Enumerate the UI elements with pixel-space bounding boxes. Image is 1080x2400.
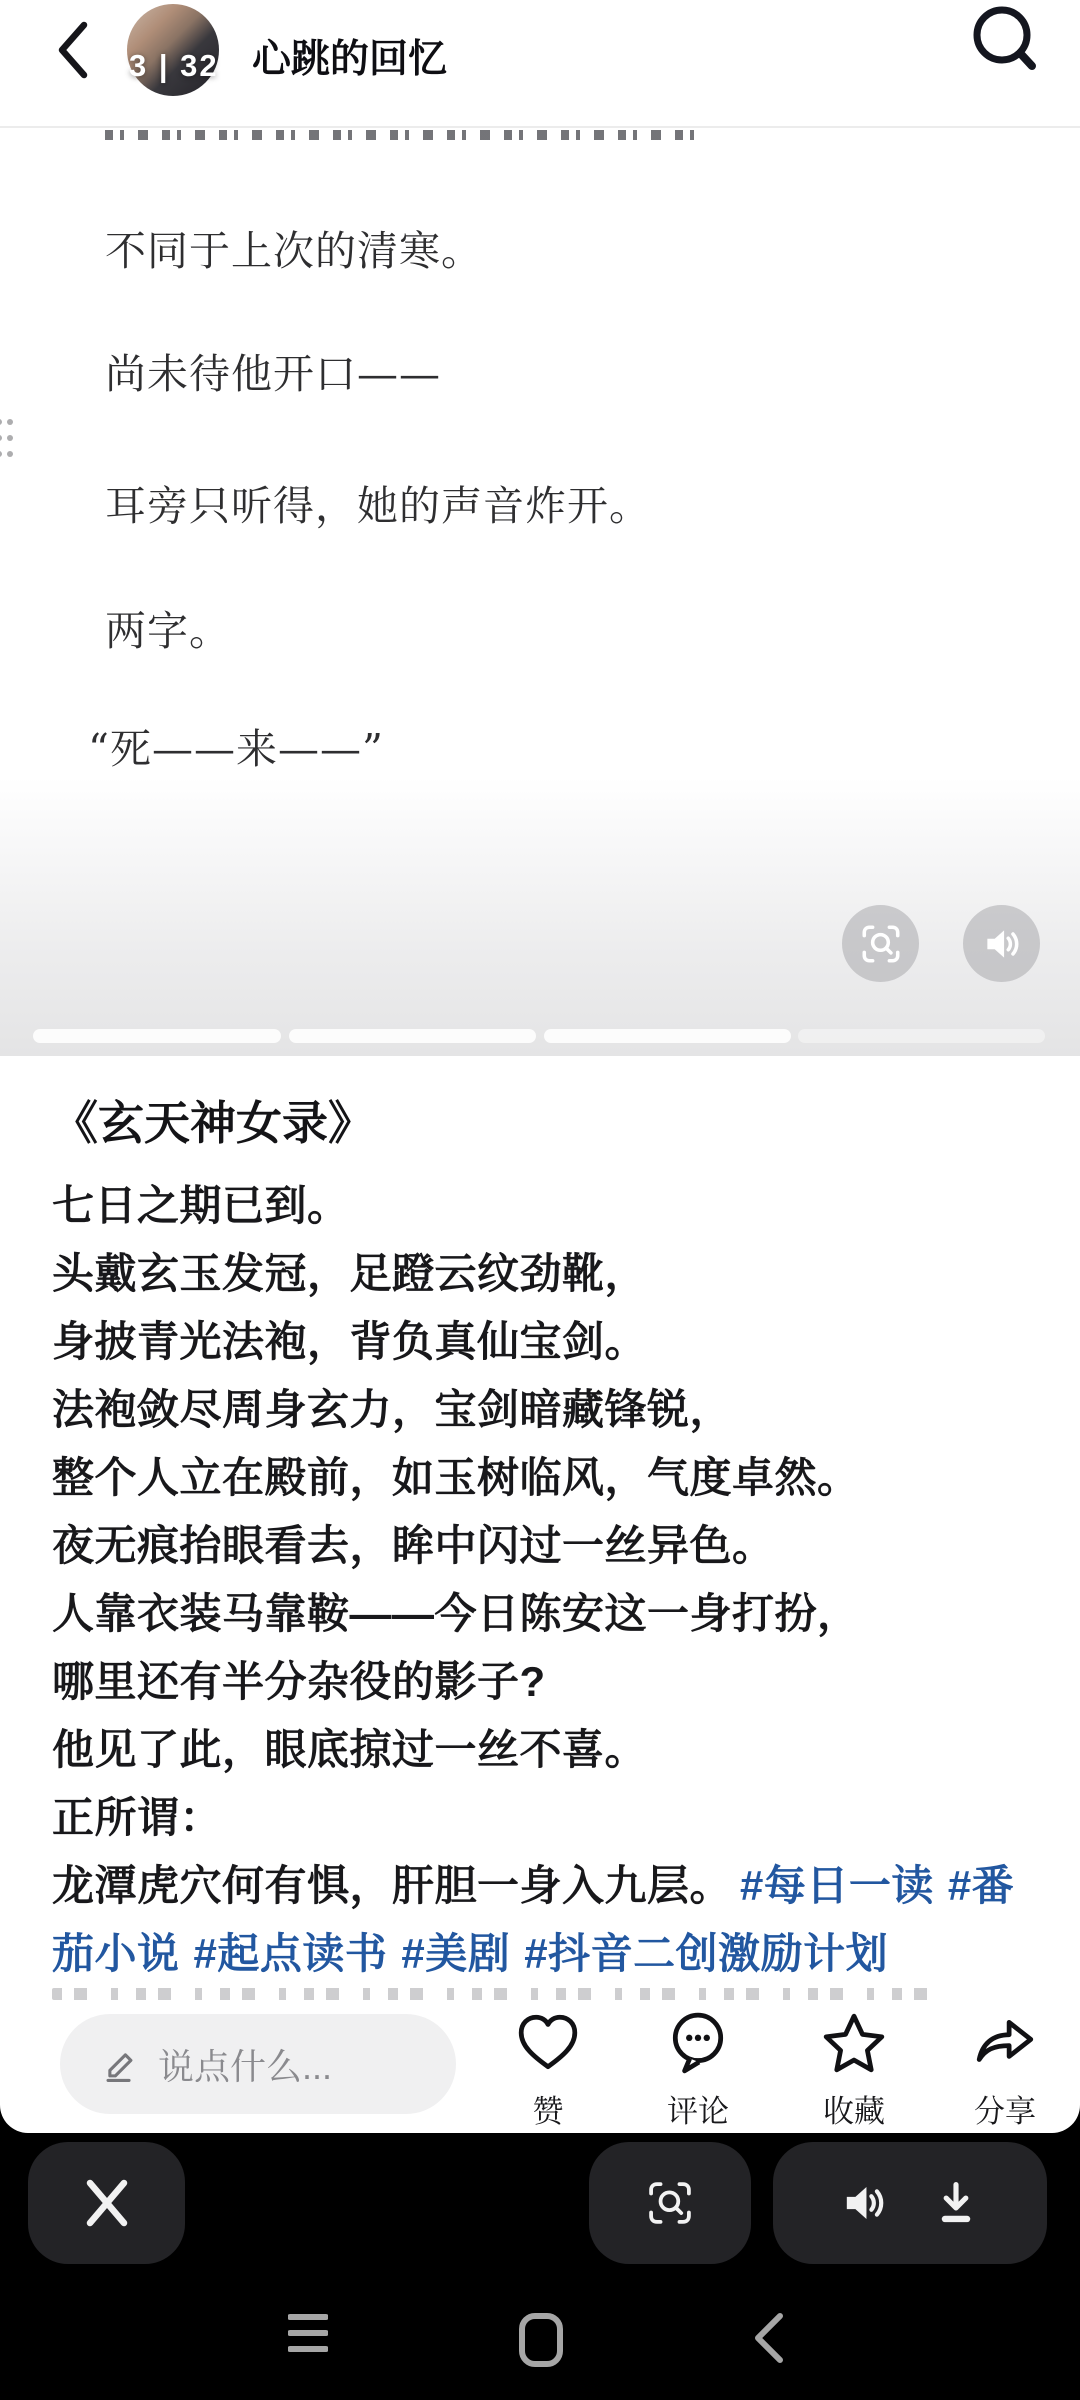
hashtag[interactable]: 茄小说	[52, 1930, 180, 1977]
comment-placeholder: 说点什么...	[158, 2039, 332, 2090]
hashtag[interactable]: #每日一读	[740, 1862, 934, 1909]
like-label: 赞	[493, 2086, 603, 2131]
back-icon[interactable]	[52, 20, 92, 80]
drag-handle-icon[interactable]	[0, 416, 16, 460]
heart-icon	[515, 2013, 581, 2073]
story-line: “死——来——”	[88, 716, 384, 775]
caption-line: 他见了此，眼底掠过一丝不喜。	[52, 1716, 1044, 1784]
caption-line: 法袍敛尽周身玄力，宝剑暗藏锋锐，	[52, 1376, 1044, 1444]
favorite-button[interactable]: 收藏	[799, 2008, 909, 2131]
clipped-text-row	[52, 1988, 930, 2000]
story-line: 两字。	[105, 598, 231, 657]
caption-line: 哪里还有半分杂役的影子?	[52, 1648, 1044, 1716]
caption-line: 七日之期已到。	[52, 1172, 1044, 1240]
story-line: 不同于上次的清寒。	[105, 218, 483, 277]
system-nav-bar	[0, 2278, 1080, 2400]
image-scan-button[interactable]	[842, 905, 919, 982]
caption-tag-line: 茄小说#起点读书#美剧#抖音二创激励计划	[52, 1920, 1044, 1988]
home-icon[interactable]	[518, 2312, 564, 2368]
hashtag[interactable]: #起点读书	[194, 1930, 388, 1977]
volume-button[interactable]	[963, 905, 1040, 982]
pencil-icon	[98, 2043, 140, 2085]
page-title: 心跳的回忆	[252, 28, 447, 84]
comment-button[interactable]: 评论	[643, 2008, 753, 2131]
close-button[interactable]	[28, 2142, 185, 2264]
caption-line: 头戴玄玉发冠，足蹬云纹劲靴，	[52, 1240, 1044, 1308]
close-icon	[84, 2178, 130, 2228]
star-icon	[821, 2011, 887, 2075]
caption-sheet: 《玄天神女录》 七日之期已到。 头戴玄玉发冠，足蹬云纹劲靴， 身披青光法袍，背负…	[0, 1056, 1080, 2133]
search-icon[interactable]	[960, 2, 1044, 86]
caption-text: 龙潭虎穴何有惧，肝胆一身入九层。	[52, 1862, 732, 1909]
screen: 3 | 32 心跳的回忆 不同于上次的清寒。 尚未待他开口—— 耳旁只听得，她的…	[0, 0, 1080, 2400]
caption-line: 身披青光法袍，背负真仙宝剑。	[52, 1308, 1044, 1376]
speaker-icon	[979, 921, 1025, 967]
progress-segment	[289, 1029, 536, 1043]
progress-segment	[33, 1029, 281, 1043]
caption-line: 夜无痕抬眼看去，眸中闪过一丝异色。	[52, 1512, 1044, 1580]
story-image[interactable]: 不同于上次的清寒。 尚未待他开口—— 耳旁只听得，她的声音炸开。 两字。 “死—…	[0, 128, 1080, 1056]
recents-icon[interactable]	[288, 2312, 328, 2356]
download-icon[interactable]	[929, 2176, 983, 2230]
caption-line: 人靠衣装马靠鞍——今日陈安这一身打扮，	[52, 1580, 1044, 1648]
hashtag[interactable]: #番	[948, 1862, 1014, 1909]
comment-label: 评论	[643, 2086, 753, 2131]
toolbar-scan-button[interactable]	[589, 2142, 751, 2264]
story-line: 尚未待他开口——	[105, 341, 441, 400]
avatar[interactable]: 3 | 32	[127, 4, 219, 96]
scan-search-icon	[644, 2177, 696, 2229]
comment-input[interactable]: 说点什么...	[60, 2014, 456, 2114]
caption-title: 《玄天神女录》	[52, 1092, 1044, 1154]
share-label: 分享	[950, 2086, 1060, 2131]
viewer-toolbar	[0, 2133, 1080, 2278]
share-arrow-icon	[972, 2013, 1038, 2073]
favorite-label: 收藏	[799, 2086, 909, 2131]
nav-back-icon[interactable]	[750, 2312, 786, 2364]
clipped-text-row	[105, 130, 705, 140]
like-button[interactable]: 赞	[493, 2008, 603, 2131]
comment-bubble-icon	[667, 2011, 729, 2075]
scan-search-icon	[858, 921, 904, 967]
speaker-icon[interactable]	[837, 2176, 891, 2230]
share-button[interactable]: 分享	[950, 2008, 1060, 2131]
hashtag[interactable]: #美剧	[401, 1930, 510, 1977]
progress-segment	[798, 1029, 1045, 1043]
top-bar: 3 | 32 心跳的回忆	[0, 0, 1080, 128]
caption-block: 《玄天神女录》 七日之期已到。 头戴玄玉发冠，足蹬云纹劲靴， 身披青光法袍，背负…	[52, 1092, 1044, 1988]
caption-line: 整个人立在殿前，如玉树临风，气度卓然。	[52, 1444, 1044, 1512]
progress-segment	[544, 1029, 791, 1043]
caption-line: 正所谓：	[52, 1784, 1044, 1852]
hashtag[interactable]: #抖音二创激励计划	[524, 1930, 888, 1977]
caption-line-with-tags: 龙潭虎穴何有惧，肝胆一身入九层。#每日一读#番	[52, 1852, 1044, 1920]
avatar-overlay-counter: 3 | 32	[129, 48, 219, 84]
toolbar-media-group	[773, 2142, 1047, 2264]
story-line: 耳旁只听得，她的声音炸开。	[105, 473, 651, 532]
